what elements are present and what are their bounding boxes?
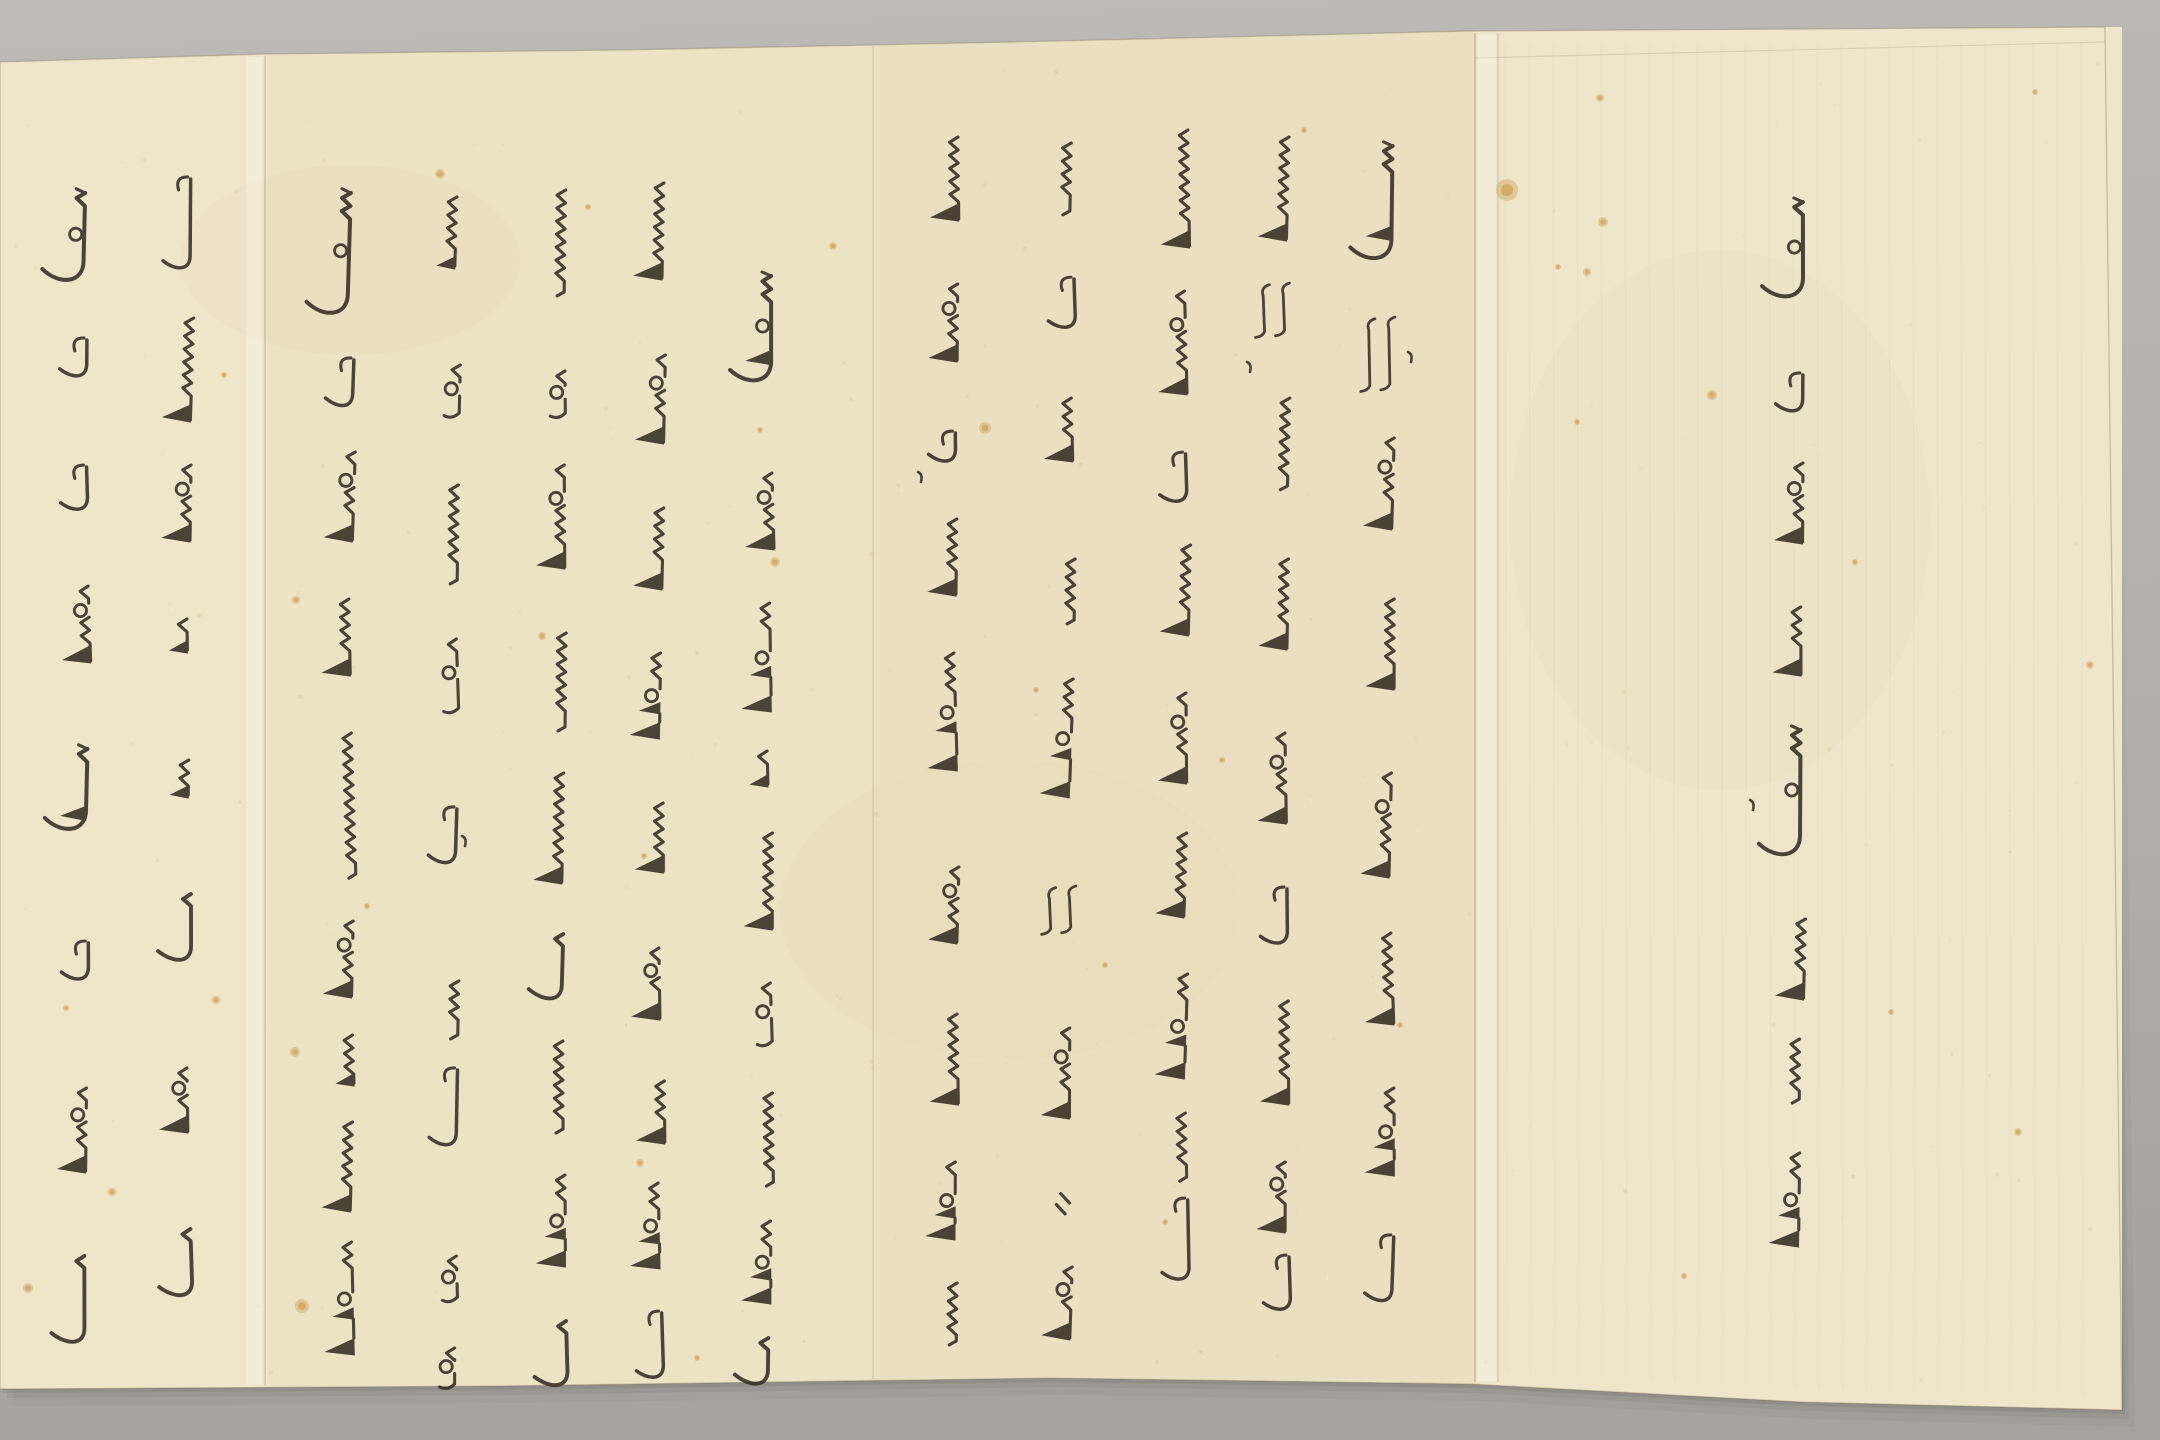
- paper-speckle: [1988, 1074, 1992, 1078]
- paper-speckle: [320, 1306, 324, 1310]
- paper-fleck: [878, 818, 880, 820]
- paper-speckle: [1023, 246, 1028, 251]
- paper-speckle: [894, 1238, 897, 1241]
- paper-speckle: [1295, 1211, 1298, 1214]
- paper-speckle: [270, 1025, 272, 1027]
- foxing-stain-core: [1853, 560, 1856, 563]
- paper-speckle: [1702, 254, 1705, 257]
- foxing-stain-core: [758, 428, 761, 431]
- paper-speckle: [1310, 618, 1313, 621]
- paper-speckle: [1528, 1126, 1530, 1128]
- paper-speckle: [836, 994, 839, 997]
- paper-fleck: [1416, 831, 1418, 833]
- paper-speckle: [386, 239, 388, 241]
- foxing-stain-core: [214, 998, 218, 1002]
- paper-speckle: [589, 731, 592, 734]
- paper-speckle: [352, 665, 355, 668]
- foxing-stain-core: [1585, 270, 1589, 274]
- paper-speckle: [1034, 712, 1039, 717]
- paper-speckle: [949, 78, 951, 80]
- paper-fleck: [1844, 1222, 1846, 1224]
- paper-speckle: [1347, 307, 1352, 312]
- paper-speckle: [1511, 1169, 1514, 1172]
- paper-speckle: [1384, 93, 1386, 95]
- paper-speckle: [691, 756, 692, 757]
- paper-speckle: [269, 1371, 273, 1375]
- ink-stroke: [956, 733, 957, 754]
- paper-speckle: [1813, 444, 1815, 446]
- paper-speckle: [779, 903, 781, 905]
- foxing-stain-core: [25, 1285, 31, 1291]
- paper-speckle: [938, 1181, 943, 1186]
- foxing-stain-core: [1103, 963, 1106, 966]
- paper-speckle: [407, 531, 411, 535]
- paper-speckle: [1851, 1175, 1856, 1180]
- paper-speckle: [604, 407, 609, 412]
- foxing-stain-core: [540, 634, 544, 638]
- foxing-stain-core: [772, 559, 778, 565]
- paper-speckle: [1275, 1354, 1279, 1358]
- paper-speckle: [706, 521, 709, 524]
- foxing-stain-core: [1556, 265, 1559, 268]
- paper-speckle: [1917, 138, 1921, 142]
- foxing-stain-core: [2088, 663, 2092, 667]
- paper-speckle: [1331, 1036, 1335, 1040]
- paper-speckle: [1071, 942, 1073, 944]
- foxing-stain-core: [365, 904, 368, 907]
- paper-speckle: [1445, 194, 1449, 198]
- paper-speckle: [388, 1277, 390, 1279]
- paper-speckle: [309, 120, 311, 122]
- paper-speckle: [1233, 353, 1237, 357]
- paper-speckle: [1590, 740, 1593, 743]
- paper-speckle: [1950, 1053, 1953, 1056]
- paper-speckle: [1565, 743, 1569, 747]
- paper-speckle: [1946, 340, 1948, 342]
- foxing-stain-core: [2016, 1130, 2020, 1134]
- paper-speckle: [1173, 1185, 1176, 1188]
- paper-speckle: [1644, 1041, 1646, 1043]
- foxing-stain-core: [1682, 1274, 1685, 1277]
- paper-speckle: [1362, 169, 1366, 173]
- paper-speckle: [1000, 1241, 1002, 1243]
- paper-speckle: [630, 1011, 633, 1014]
- paper-speckle: [433, 1290, 437, 1294]
- paper-speckle: [1952, 691, 1954, 693]
- paper-speckle: [1809, 232, 1811, 234]
- paper-speckle: [1772, 1022, 1776, 1026]
- paper-speckle: [1003, 68, 1006, 71]
- paper-speckle: [995, 1154, 999, 1158]
- foxing-stain-core: [642, 854, 645, 857]
- paper-speckle: [1639, 467, 1643, 471]
- paper-speckle: [502, 144, 504, 146]
- foxing-stain-core: [1163, 1220, 1166, 1223]
- paper-speckle: [1949, 939, 1952, 942]
- paper-speckle: [741, 1310, 744, 1313]
- paper-speckle: [1827, 747, 1831, 751]
- foxing-stain-core: [1398, 1023, 1401, 1026]
- paper-speckle: [327, 923, 329, 925]
- foxing-stain-core: [1600, 219, 1606, 225]
- paper-speckle: [1468, 913, 1471, 916]
- paper-speckle: [1079, 462, 1083, 466]
- paper-speckle: [627, 675, 631, 679]
- paper-speckle: [156, 860, 158, 862]
- foxing-stain-core: [586, 205, 589, 208]
- paper-fleck: [1327, 1277, 1329, 1279]
- paper-speckle: [142, 157, 146, 161]
- paper-speckle: [1920, 1378, 1924, 1382]
- foxing-stain-core: [1889, 1010, 1892, 1013]
- foxing-stain-core: [1034, 688, 1037, 691]
- paper-speckle: [695, 651, 699, 655]
- paper-speckle: [197, 613, 202, 618]
- paper-speckle: [1995, 1172, 1999, 1176]
- foxing-stain-core: [1575, 420, 1578, 423]
- paper-speckle: [874, 812, 878, 816]
- paper-speckle: [1819, 82, 1823, 86]
- paper-speckle: [1413, 735, 1417, 739]
- paper-fleck: [1203, 1356, 1205, 1358]
- paper-fleck: [1059, 76, 1061, 78]
- paper-speckle: [1324, 1272, 1326, 1274]
- paper-speckle: [1138, 1135, 1140, 1137]
- paper-speckle: [2088, 1227, 2092, 1231]
- paper-speckle: [518, 610, 521, 613]
- foxing-stain-core: [437, 171, 443, 177]
- paper-fleck: [612, 432, 614, 434]
- paper-speckle: [239, 801, 242, 804]
- paper-speckle: [1979, 442, 1981, 444]
- paper-speckle: [1834, 103, 1836, 105]
- paper-speckle: [509, 647, 513, 651]
- paper-speckle: [234, 189, 238, 193]
- foxing-stain-core: [638, 1161, 642, 1165]
- paper-speckle: [1254, 458, 1256, 460]
- paper-speckle: [472, 143, 475, 146]
- paper-fleck: [901, 490, 903, 492]
- foxing-stain-core: [222, 373, 225, 376]
- foxing-stain-core: [695, 1356, 698, 1359]
- tone-patch: [1510, 250, 1930, 790]
- paper-speckle: [749, 1074, 753, 1078]
- foxing-stain-core: [1709, 392, 1715, 398]
- paper-speckle: [322, 464, 325, 467]
- paper-speckle: [1628, 745, 1630, 747]
- paper-speckle: [842, 361, 846, 365]
- paper-speckle: [1095, 1043, 1098, 1046]
- paper-speckle: [1054, 69, 1059, 74]
- foxing-stain-core: [110, 1190, 114, 1194]
- paper-speckle: [839, 997, 841, 999]
- paper-speckle: [1891, 763, 1895, 767]
- paper-speckle: [1004, 1061, 1008, 1065]
- paper-speckle: [2044, 142, 2047, 145]
- paper-speckle: [739, 111, 743, 115]
- paper-speckle: [27, 125, 29, 127]
- paper-speckle: [1622, 690, 1627, 695]
- paper-speckle: [965, 395, 969, 399]
- paper-speckle: [2000, 116, 2002, 118]
- paper-speckle: [625, 1024, 628, 1027]
- paper-speckle: [2074, 781, 2078, 785]
- paper-speckle: [2074, 541, 2078, 545]
- paper-speckle: [984, 345, 986, 347]
- paper-speckle: [168, 602, 171, 605]
- foxing-stain-core: [2033, 90, 2036, 93]
- foxing-stain-core: [982, 425, 989, 432]
- paper-speckle: [896, 484, 900, 488]
- paper-speckle: [639, 342, 641, 344]
- foxing-stain-core: [1598, 96, 1602, 100]
- paper-speckle: [888, 669, 892, 673]
- paper-speckle: [1983, 507, 1986, 510]
- paper-speckle: [14, 1246, 16, 1248]
- paper-fleck: [1169, 709, 1171, 711]
- paper-speckle: [111, 1119, 113, 1121]
- paper-speckle: [1413, 826, 1415, 828]
- paper-speckle: [130, 742, 135, 747]
- paper-speckle: [2096, 62, 2100, 66]
- paper-speckle: [1307, 794, 1310, 797]
- paper-speckle: [713, 742, 718, 747]
- paper-speckle: [1295, 1146, 1298, 1149]
- paper-speckle: [2017, 1179, 2021, 1183]
- paper-speckle: [34, 267, 37, 270]
- paper-speckle: [849, 398, 853, 402]
- paper-fleck: [166, 454, 168, 456]
- foxing-stain-core: [1302, 128, 1305, 131]
- paper-speckle: [510, 767, 513, 770]
- paper-fleck: [330, 928, 332, 930]
- paper-fleck: [1630, 753, 1632, 755]
- paper-speckle: [1371, 976, 1374, 979]
- paper-speckle: [305, 101, 307, 103]
- paper-fleck: [717, 748, 719, 750]
- foxing-stain-core: [831, 244, 835, 248]
- photograph-backdrop: Photograph of an accordion-folded manusc…: [0, 0, 2160, 1440]
- manuscript-paper: Photograph of an accordion-folded manusc…: [0, 0, 2160, 1440]
- paper-speckle: [1627, 747, 1630, 750]
- foxing-stain-core: [292, 1049, 298, 1055]
- paper-speckle: [1941, 731, 1945, 735]
- paper-speckle: [609, 426, 611, 428]
- paper-speckle: [932, 755, 934, 757]
- paper-speckle: [298, 695, 302, 699]
- paper-speckle: [1306, 494, 1309, 497]
- paper-fleck: [172, 608, 174, 610]
- paper-speckle: [803, 1340, 806, 1343]
- paper-speckle: [983, 182, 987, 186]
- paper-speckle: [1909, 324, 1912, 327]
- foxing-stain-core: [298, 1302, 306, 1310]
- paper-speckle: [1364, 775, 1367, 778]
- paper-speckle: [120, 161, 123, 164]
- paper-speckle: [296, 591, 300, 595]
- paper-speckle: [1036, 404, 1040, 408]
- paper-speckle: [624, 884, 629, 889]
- paper-speckle: [502, 731, 504, 733]
- paper-speckle: [1085, 968, 1088, 971]
- ink-stroke: [1070, 760, 1071, 781]
- paper-speckle: [1942, 61, 1944, 63]
- paper-fleck: [438, 1296, 440, 1298]
- foxing-stain-core: [64, 1006, 67, 1009]
- paper-speckle: [1684, 437, 1686, 439]
- paper-speckle: [946, 1116, 947, 1117]
- paper-speckle: [983, 634, 987, 638]
- foxing-stain-core: [294, 598, 298, 602]
- paper-speckle: [322, 159, 326, 163]
- paper-speckle: [1165, 704, 1168, 707]
- foxing-stain-core: [1220, 758, 1223, 761]
- paper-speckle: [1930, 1146, 1932, 1148]
- paper-speckle: [163, 449, 165, 451]
- paper-speckle: [890, 118, 892, 120]
- paper-speckle: [1337, 343, 1341, 347]
- foxing-stain-core: [1501, 184, 1513, 196]
- paper-speckle: [24, 908, 26, 910]
- paper-fleck: [1594, 746, 1596, 748]
- paper-speckle: [1774, 121, 1777, 124]
- paper-speckle: [810, 688, 814, 692]
- paper-speckle: [1589, 404, 1593, 408]
- paper-speckle: [14, 244, 18, 248]
- paper-speckle: [779, 1113, 782, 1116]
- paper-speckle: [729, 506, 732, 509]
- paper-speckle: [1155, 1360, 1159, 1364]
- paper-speckle: [1199, 1350, 1203, 1354]
- paper-speckle: [144, 355, 147, 358]
- paper-speckle: [1047, 585, 1051, 589]
- paper-fleck: [1311, 799, 1313, 801]
- paper-speckle: [1689, 164, 1691, 166]
- paper-fleck: [1837, 108, 1839, 110]
